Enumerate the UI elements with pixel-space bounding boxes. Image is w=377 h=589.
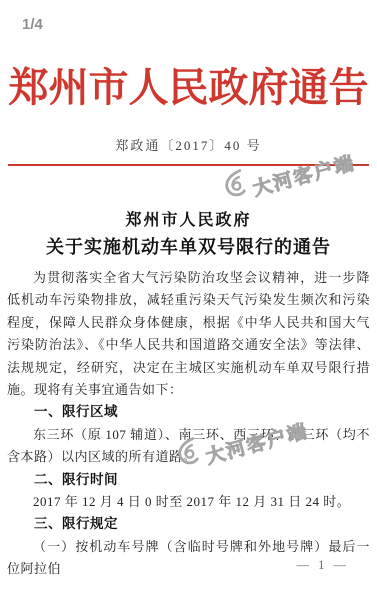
- document-body: 为贯彻落实全省大气污染防治攻坚会议精神，进一步降低机动车污染物排放，减轻重污染天…: [7, 267, 370, 581]
- section-1-body: 东三环（原 107 辅道）、南三环、西三环、北三环（均不含本路）以内区域的所有道…: [7, 424, 370, 469]
- document-number: 郑政通〔2017〕40 号: [0, 135, 377, 154]
- intro-paragraph: 为贯彻落实全省大气污染防治攻坚会议精神，进一步降低机动车污染物排放，减轻重污染天…: [7, 267, 370, 401]
- section-3-heading: 三、限行规定: [7, 513, 370, 535]
- notice-document-page: 1/4 郑州市人民政府通告 郑政通〔2017〕40 号 大河客户端 郑州市人民政…: [0, 0, 377, 589]
- watermark-text: 大河客户端: [251, 154, 357, 200]
- red-divider-rule: [8, 164, 369, 166]
- swirl-logo-icon: [219, 166, 253, 207]
- section-2-heading: 二、限行时间: [7, 469, 370, 491]
- page-number: — 1 —: [297, 558, 350, 573]
- document-title-line1: 郑州市人民政府: [0, 207, 377, 230]
- government-banner-title: 郑州市人民政府通告: [0, 56, 377, 113]
- document-title-line2: 关于实施机动车单双号限行的通告: [0, 233, 377, 259]
- section-1-heading: 一、限行区域: [7, 401, 370, 423]
- pager-indicator: 1/4: [22, 16, 43, 33]
- section-2-body: 2017 年 12 月 4 日 0 时至 2017 年 12 月 31 日 24…: [7, 491, 370, 513]
